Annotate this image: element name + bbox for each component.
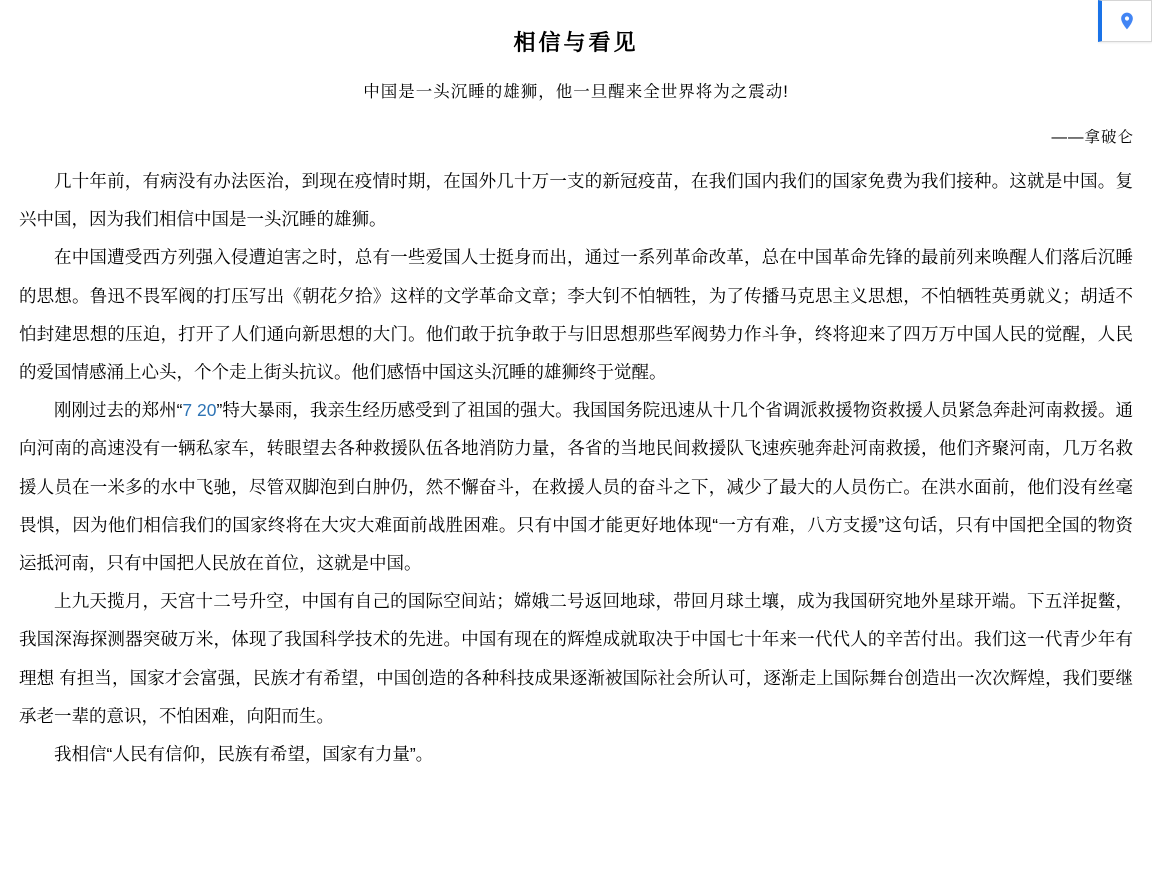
paragraph-3-before: 刚刚过去的郑州“ bbox=[54, 400, 182, 420]
document-page: 相信与看见 中国是一头沉睡的雄狮，他一旦醒来全世界将为之震动! ——拿破仑 几十… bbox=[0, 0, 1152, 876]
paragraph-2: 在中国遭受西方列强入侵遭迫害之时，总有一些爱国人士挺身而出，通过一系列革命改革，… bbox=[19, 238, 1133, 391]
paragraph-5: 我相信“人民有信仰，民族有希望，国家有力量”。 bbox=[19, 735, 1133, 773]
paragraph-1: 几十年前，有病没有办法医治，到现在疫情时期，在国外几十万一支的新冠疫苗，在我们国… bbox=[19, 162, 1133, 238]
doc-subtitle: 中国是一头沉睡的雄狮，他一旦醒来全世界将为之震动! bbox=[0, 78, 1152, 102]
page-title: 相信与看见 bbox=[0, 0, 1152, 57]
paragraph-3: 刚刚过去的郑州“7 20”特大暴雨，我亲生经历感受到了祖国的强大。我国国务院迅速… bbox=[19, 391, 1133, 582]
doc-body: 几十年前，有病没有办法医治，到现在疫情时期，在国外几十万一支的新冠疫苗，在我们国… bbox=[19, 162, 1133, 773]
paragraph-3-highlight: 7 20 bbox=[182, 400, 216, 420]
location-pin-icon bbox=[1117, 11, 1137, 31]
location-pin-button[interactable] bbox=[1098, 0, 1152, 42]
paragraph-4: 上九天揽月，天宫十二号升空，中国有自己的国际空间站；嫦娥二号返回地球，带回月球土… bbox=[19, 582, 1133, 735]
paragraph-3-after: ”特大暴雨，我亲生经历感受到了祖国的强大。我国国务院迅速从十几个省调派救援物资救… bbox=[19, 400, 1133, 573]
doc-attribution: ——拿破仑 bbox=[0, 125, 1152, 147]
